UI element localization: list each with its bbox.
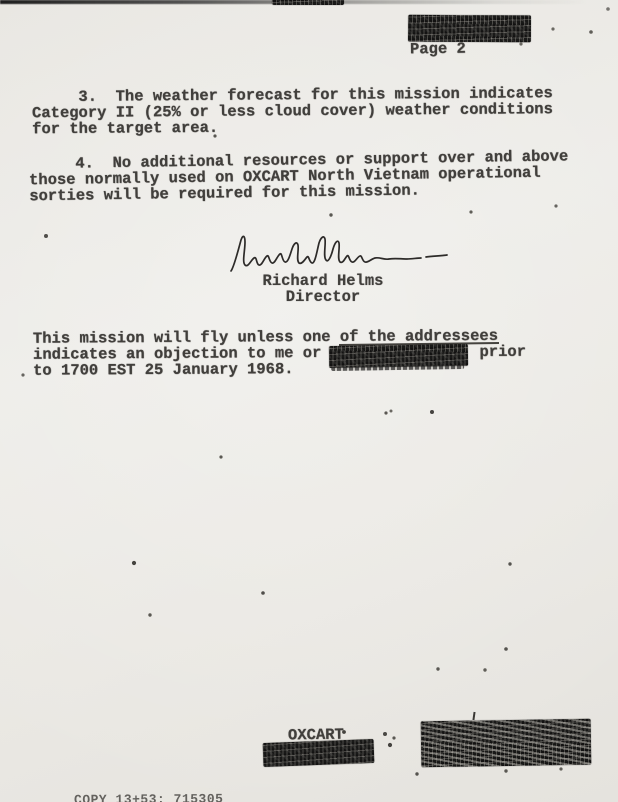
signature-block: Richard Helms Director <box>230 274 416 305</box>
scan-dust-specks <box>0 0 2 2</box>
paragraph-resources: 4. No additional resources or support ov… <box>29 148 610 205</box>
handwritten-signature <box>228 229 453 277</box>
redaction-bar-top-edge <box>272 0 344 5</box>
redaction-bar-footer-left <box>263 739 375 767</box>
redaction-bar-header <box>408 15 531 43</box>
paragraph-weather: 3. The weather forecast for this mission… <box>32 85 602 138</box>
signatory-title: Director <box>230 290 416 306</box>
document-page: Page 2 3. The weather forecast for this … <box>0 0 618 802</box>
page-number: Page 2 <box>410 41 466 58</box>
redaction-bar-footer-right <box>421 719 592 768</box>
cutoff-stamp-text: COPY 13+53: 715305 <box>74 791 224 802</box>
redaction-bar-inline <box>329 344 468 368</box>
stray-pen-tick <box>472 712 475 720</box>
closing-paragraph: This mission will fly unless one of the … <box>33 327 593 379</box>
